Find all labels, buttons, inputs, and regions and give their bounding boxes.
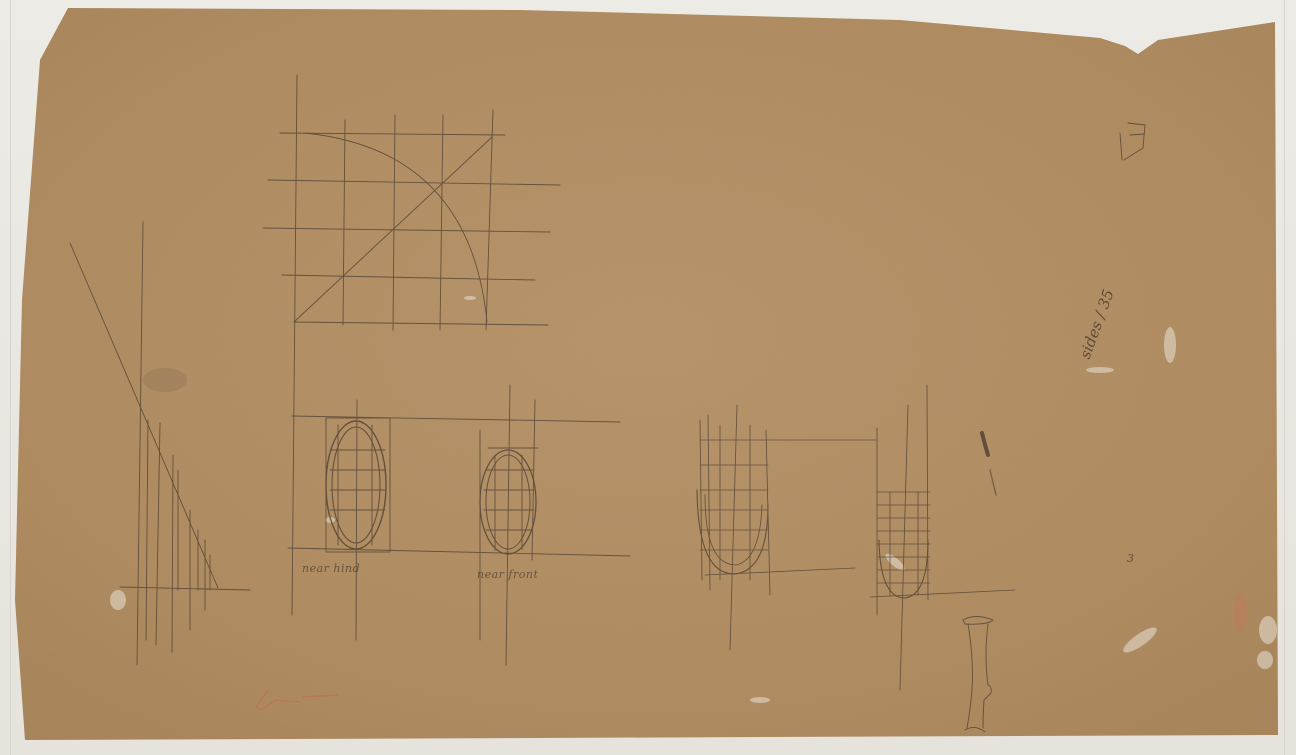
corner-number: 3 — [1127, 552, 1134, 565]
label-near-front: near front — [477, 568, 538, 581]
label-near-hind: near hind — [302, 562, 360, 575]
drawing-sheet — [0, 0, 1296, 755]
